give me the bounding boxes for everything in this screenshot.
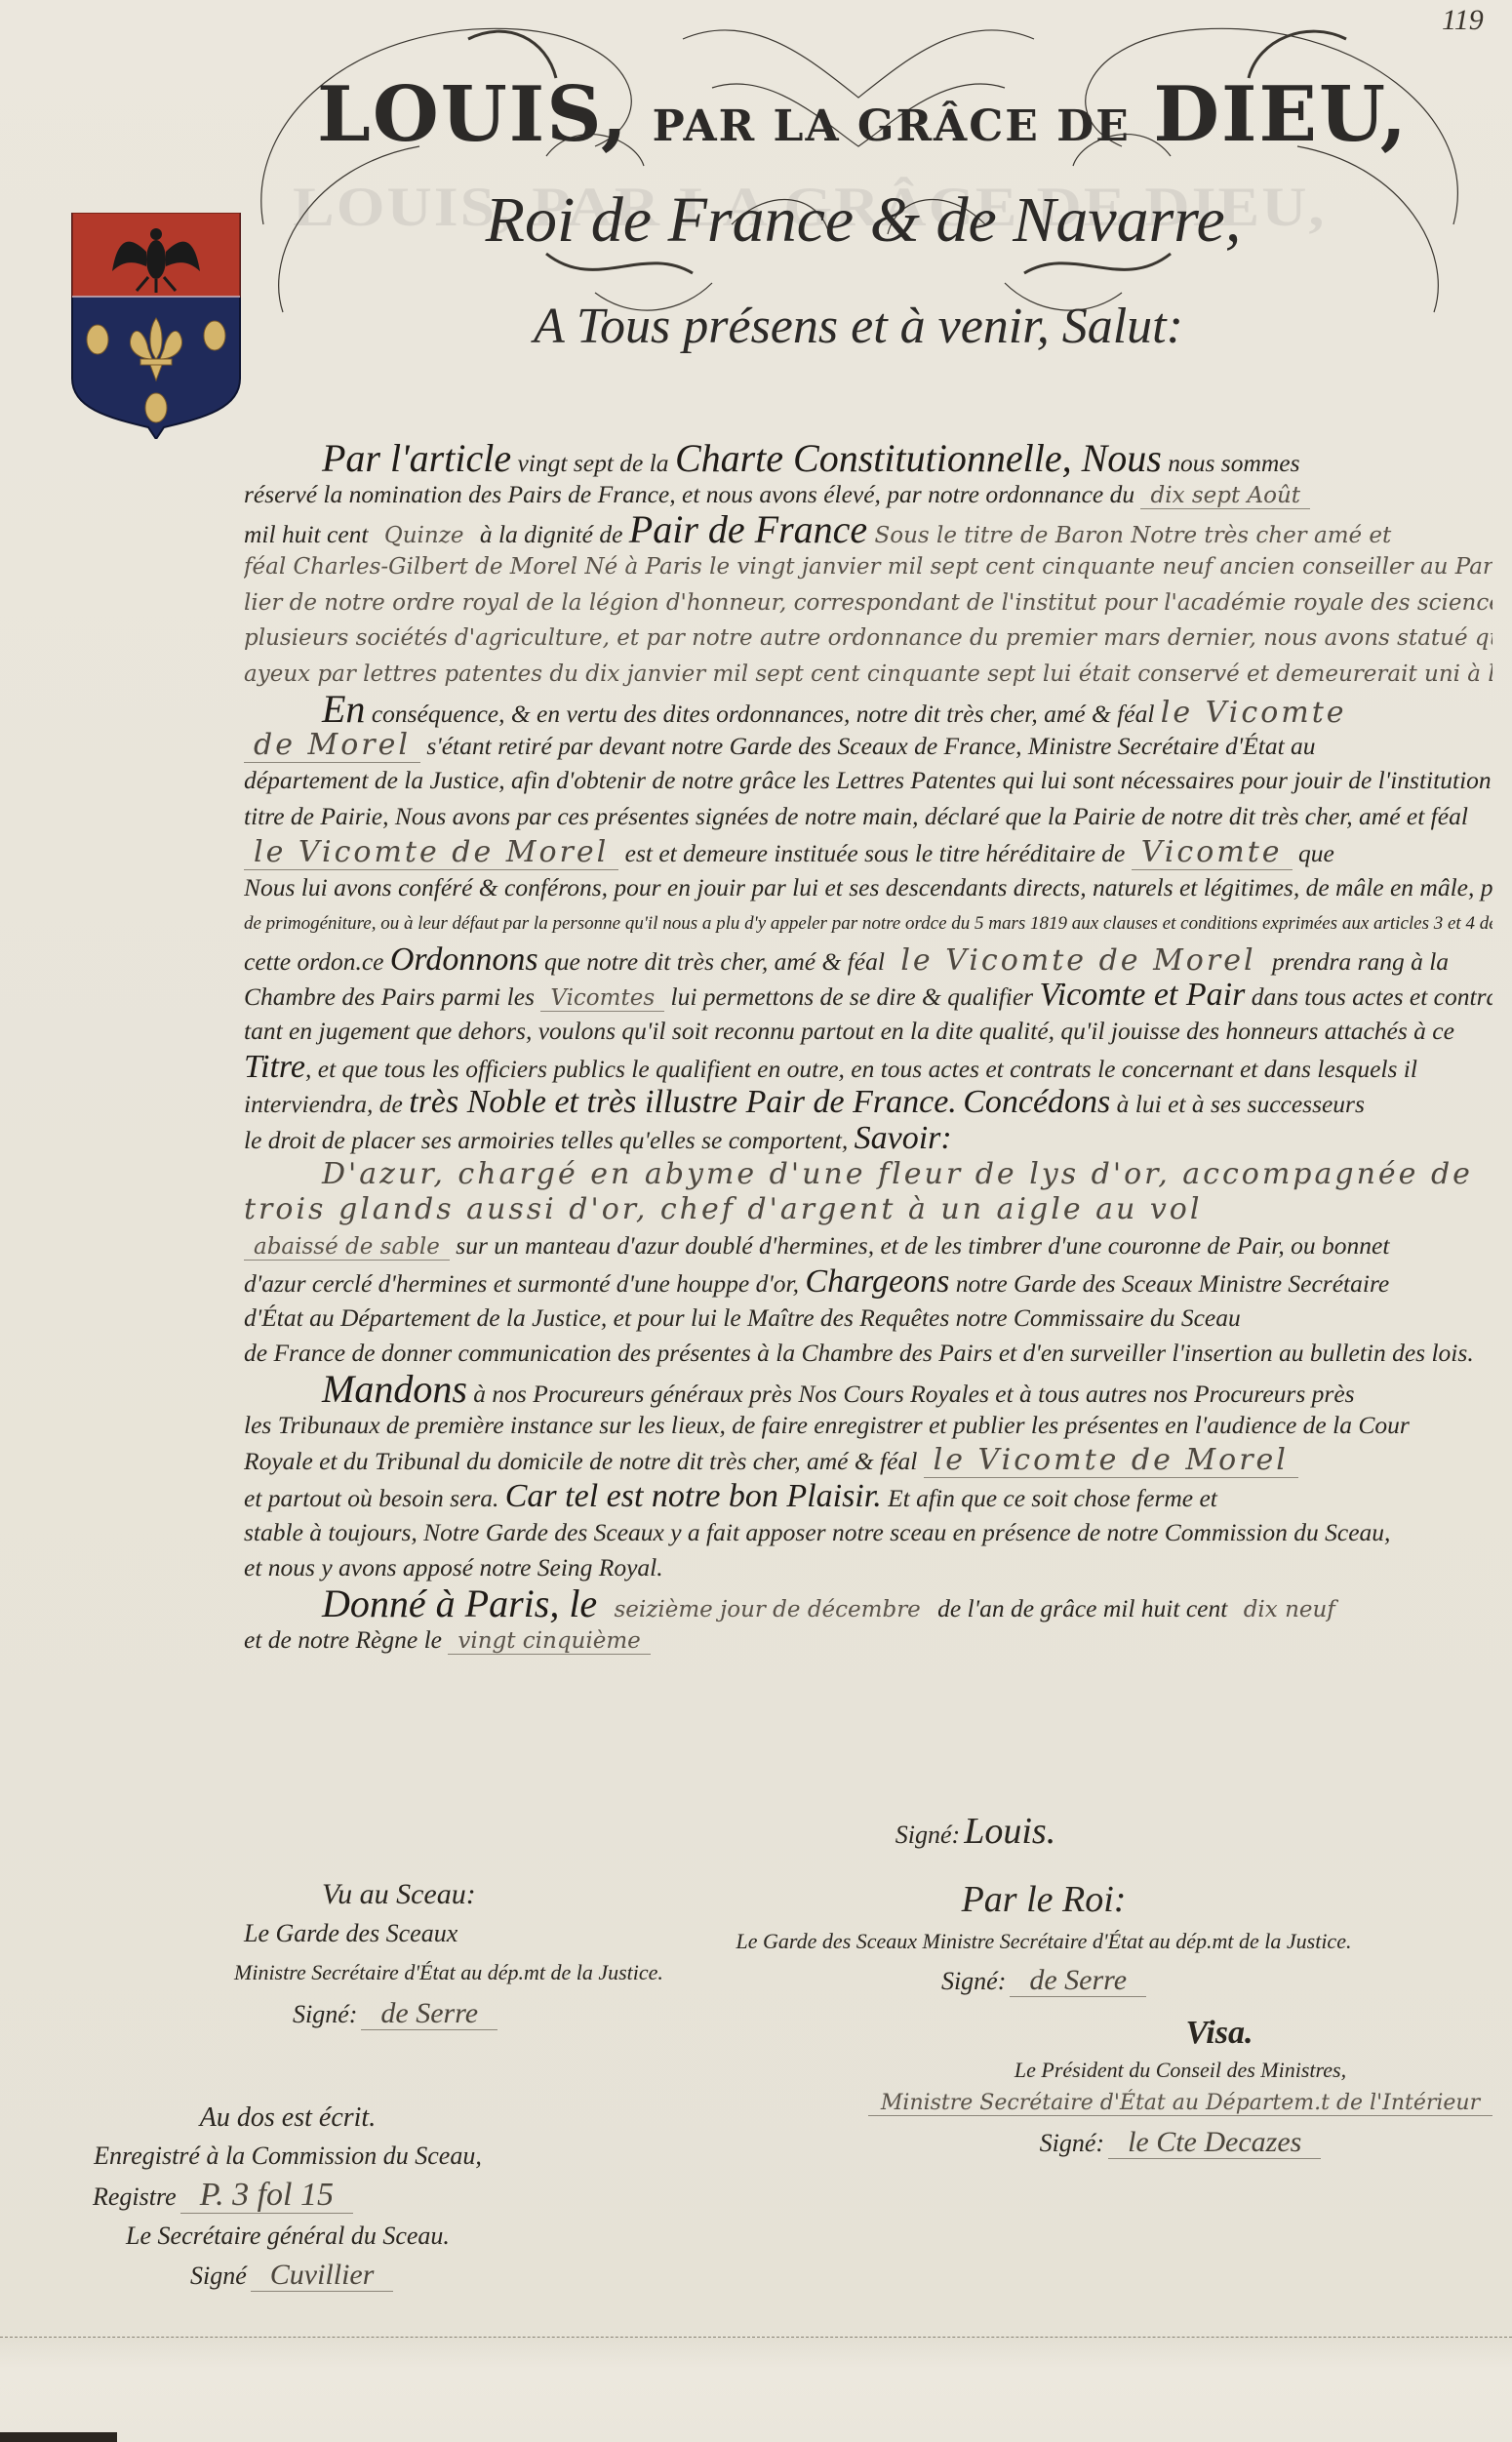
text-line: ayeux par lettres patentes du dix janvie… <box>244 656 1492 692</box>
text-line: lier de notre ordre royal de la légion d… <box>244 584 1492 621</box>
text-line: Titre, et que tous les officiers publics… <box>244 1050 1492 1086</box>
text-line: le droit de placer ses armoiries telles … <box>244 1121 1492 1157</box>
visa-block: Visa. Le Président du Conseil des Minist… <box>868 2015 1492 2159</box>
text-line: Chambre des Pairs parmi les Vicomtes lui… <box>244 978 1492 1014</box>
king-signature: Signé: Louis. <box>780 1810 1171 1853</box>
text-line: département de la Justice, afin d'obteni… <box>244 763 1492 799</box>
title-salut: A Tous présens et à venir, Salut: <box>322 298 1395 355</box>
text-line: cette ordon.ce Ordonnons que notre dit t… <box>244 942 1492 979</box>
binding-edge <box>0 2432 117 2442</box>
text-line: mil huit cent Quinze à la dignité de Pai… <box>244 512 1492 548</box>
coat-of-arms-icon <box>68 213 244 439</box>
text-line: le Vicomte de Morel est et demeure insti… <box>244 835 1492 871</box>
blazon-line: D'azur, chargé en abyme d'une fleur de l… <box>244 1157 1492 1193</box>
text-line: et partout où besoin sera. Car tel est n… <box>244 1479 1492 1515</box>
text-line: Nous lui avons conféré & conférons, pour… <box>244 870 1492 906</box>
blazon-line: trois glands aussi d'or, chef d'argent à… <box>244 1192 1492 1228</box>
text-line: abaissé de sable sur un manteau d'azur d… <box>244 1228 1492 1264</box>
text-line: Par l'article vingt sept de la Charte Co… <box>244 441 1492 477</box>
par-le-roi-block: Par le Roi: Le Garde des Sceaux Ministre… <box>702 1878 1385 1997</box>
vu-au-sceau-block: Vu au Sceau: Le Garde des Sceaux Ministr… <box>234 1878 702 2030</box>
dating-clause: Donné à Paris, le seizième jour de décem… <box>244 1586 1492 1622</box>
parchment-page: LOUIS, PAR LA GRÂCE DE DIEU, 119 LOUIS, … <box>0 0 1512 2442</box>
title-roi-de-france: Roi de France & de Navarre, <box>302 183 1424 258</box>
page-fold <box>0 2337 1512 2442</box>
reign-clause: et de notre Règne le vingt cinquième <box>244 1622 1492 1659</box>
text-line: stable à toujours, Notre Garde des Sceau… <box>244 1515 1492 1551</box>
text-line: interviendra, de très Noble et très illu… <box>244 1085 1492 1121</box>
letters-patent-body: Par l'article vingt sept de la Charte Co… <box>244 441 1492 1658</box>
text-line: d'État au Département de la Justice, et … <box>244 1301 1492 1337</box>
text-line: d'azur cerclé d'hermines et surmonté d'u… <box>244 1264 1492 1301</box>
text-line: réservé la nomination des Pairs de Franc… <box>244 477 1492 513</box>
text-line: féal Charles-Gilbert de Morel Né à Paris… <box>244 548 1492 584</box>
text-line: les Tribunaux de première instance sur l… <box>244 1408 1492 1444</box>
text-line: plusieurs sociétés d'agriculture, et par… <box>244 620 1492 656</box>
text-line: de Morel s'étant retiré par devant notre… <box>244 728 1492 764</box>
title-louis-par-la-grace-de-dieu: LOUIS, PAR LA GRÂCE DE DIEU, <box>317 70 1293 159</box>
text-line: de France de donner communication des pr… <box>244 1336 1492 1372</box>
text-line: tant en jugement que dehors, voulons qu'… <box>244 1014 1492 1050</box>
text-line: Royale et du Tribunal du domicile de not… <box>244 1443 1492 1479</box>
text-line: et nous y avons apposé notre Seing Royal… <box>244 1550 1492 1586</box>
text-line: En conséquence, & en vertu des dites ord… <box>244 692 1492 728</box>
text-line: Mandons à nos Procureurs généraux près N… <box>244 1372 1492 1408</box>
registration-block: Au dos est écrit. Enregistré à la Commis… <box>54 2102 522 2292</box>
text-line: titre de Pairie, Nous avons par ces prés… <box>244 799 1492 835</box>
text-line: de primogéniture, ou à leur défaut par l… <box>244 906 1492 942</box>
